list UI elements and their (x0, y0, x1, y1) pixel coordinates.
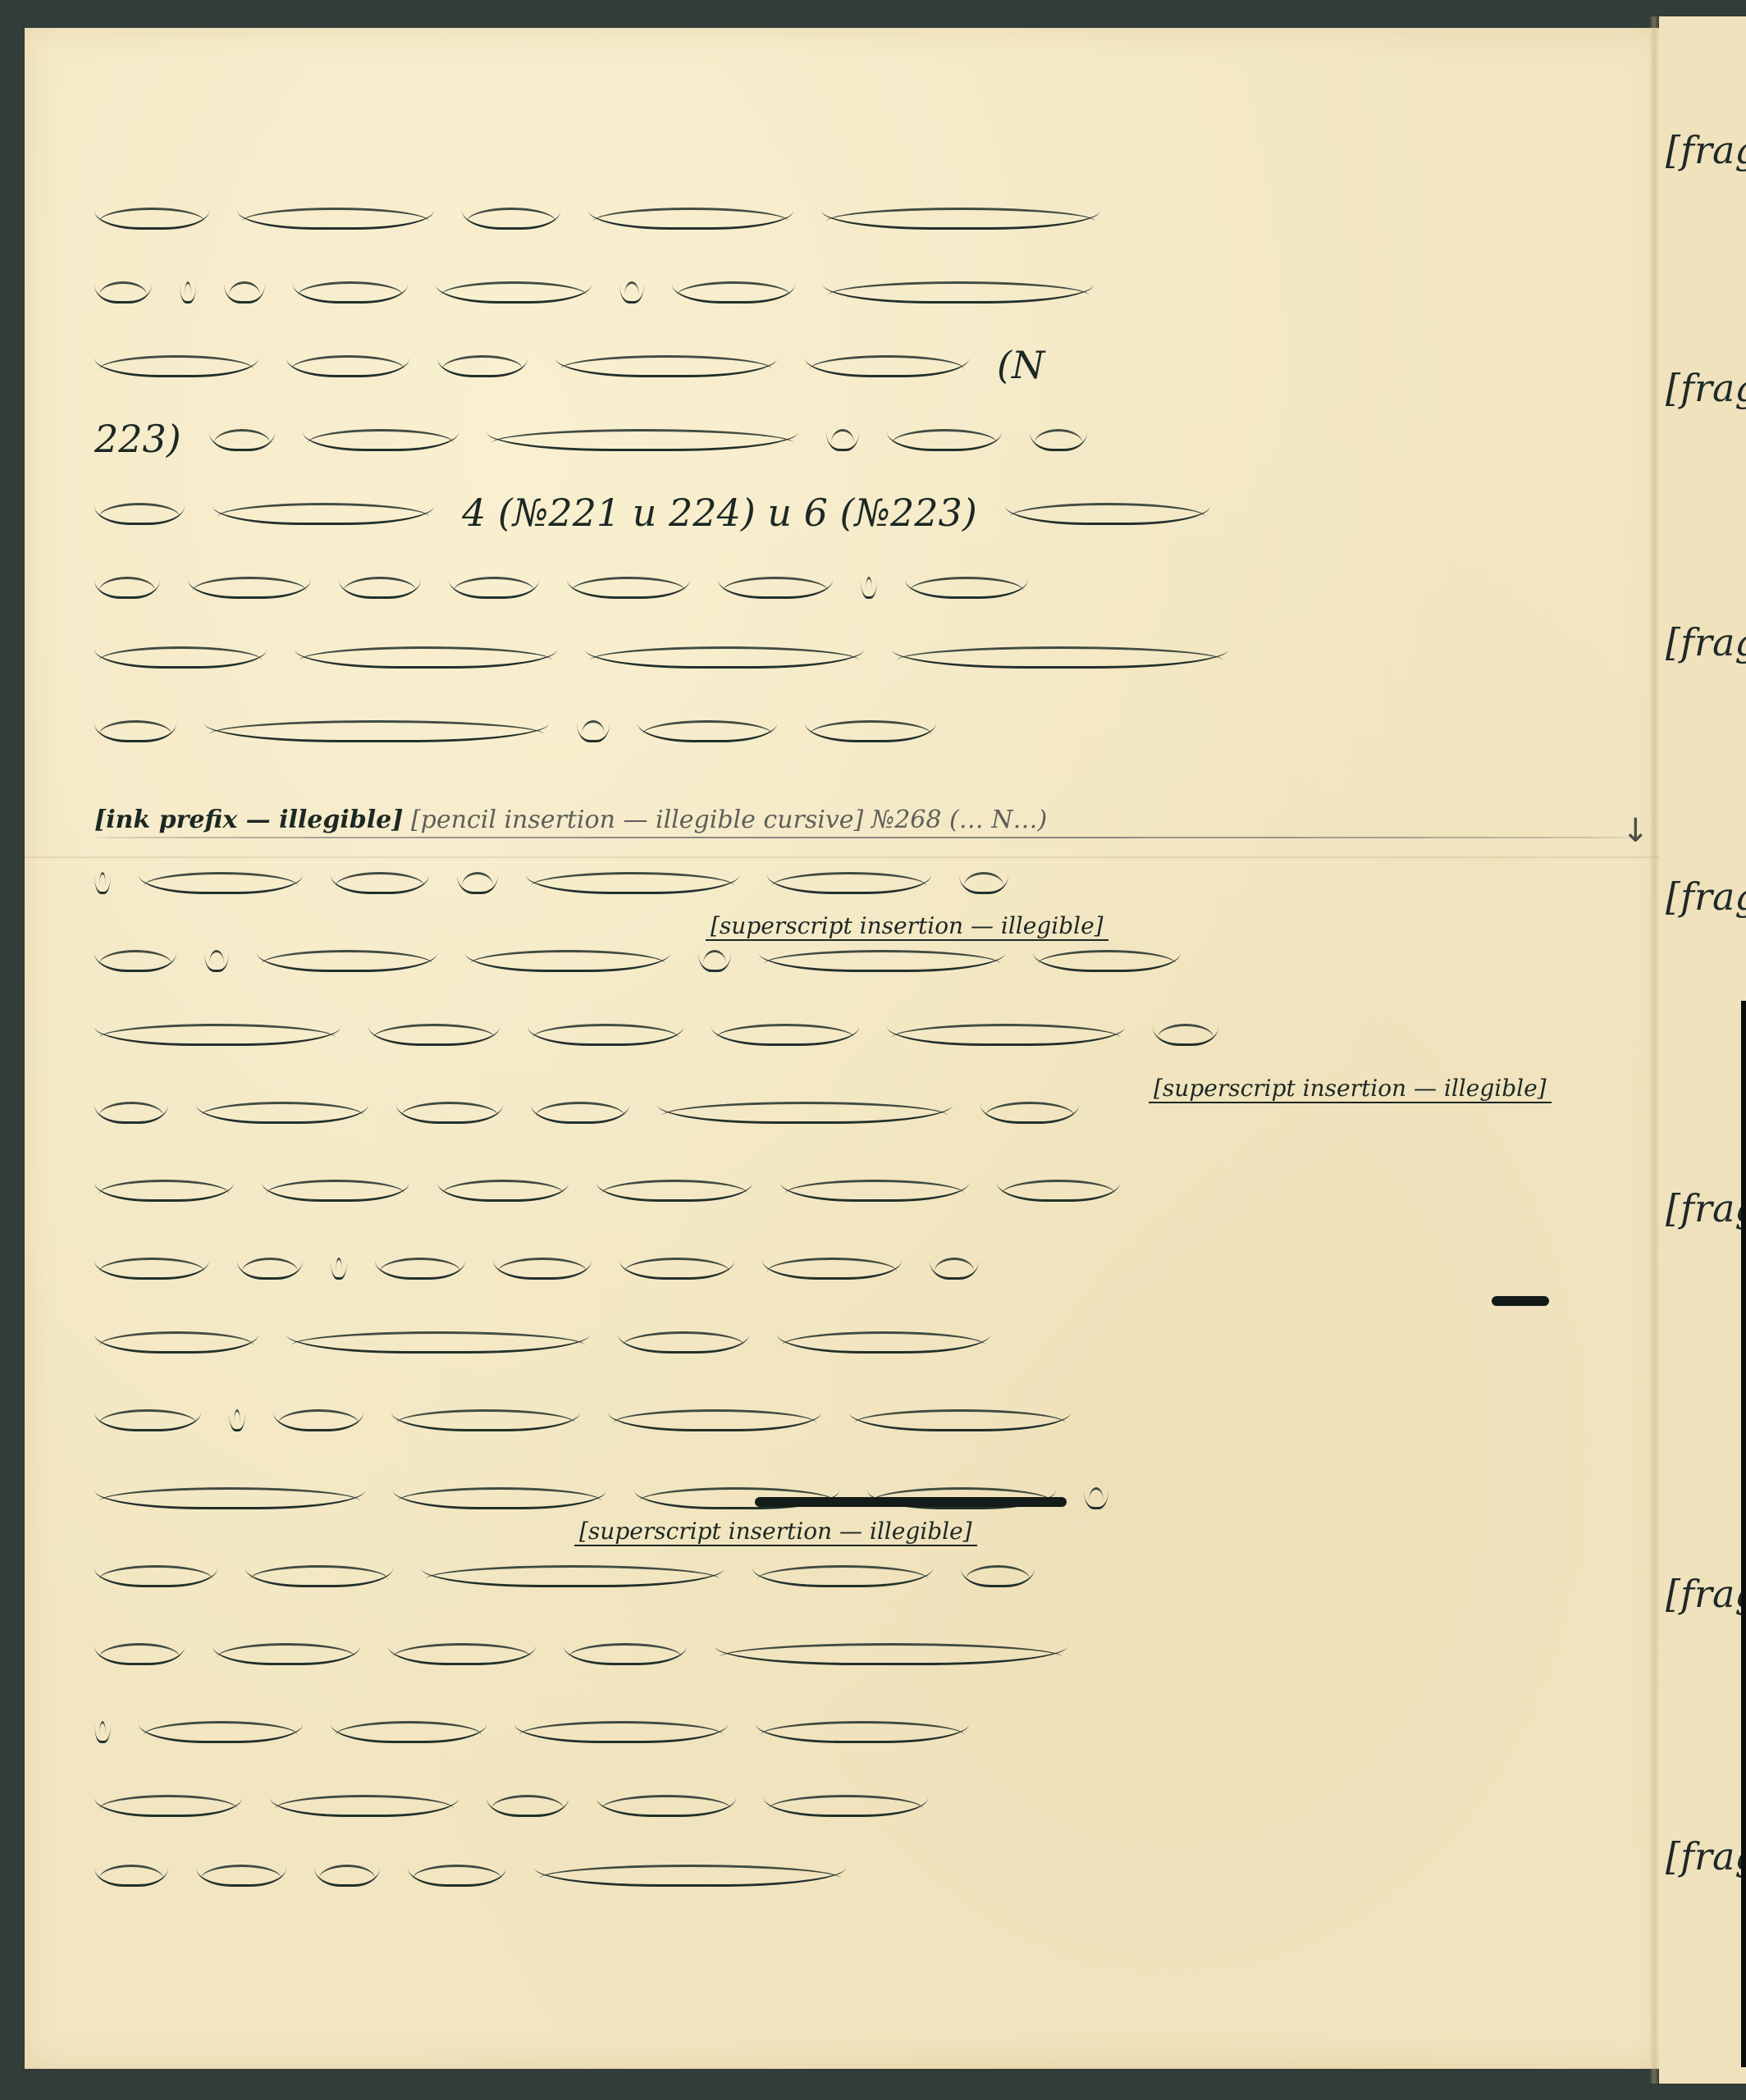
binding-gutter (1649, 16, 1659, 2084)
handwritten-line: [handwritten line 11 — illegible cursive… (94, 1005, 1637, 1062)
facing-page-text: [fragment] (1666, 878, 1746, 915)
handwritten-line: [handwritten line 6 — illegible cursive] (94, 558, 1637, 615)
facing-page-fragment: [fragment] [fragment] [fragment] [fragme… (1659, 16, 1746, 2084)
insertion-arrow-icon: ↓ (1621, 812, 1649, 850)
handwritten-line: [handwritten line 21 — illegible cursive… (94, 1776, 1637, 1833)
line-numerals: (N (997, 346, 1044, 384)
handwritten-line: [handwritten line 13 — illegible cursive… (94, 1161, 1637, 1218)
mount-edge-shadow (1741, 1001, 1746, 2067)
handwritten-line: [handwritten line 19 — illegible cursive… (94, 1624, 1637, 1682)
handwritten-line: [handwritten line 2 — illegible cursive] (94, 262, 1637, 320)
facing-page-text: [fragment] (1666, 1189, 1746, 1227)
line-numerals: 4 (№221 и 224) и 6 (№223) (462, 494, 977, 532)
handwritten-line: [handwritten line 20 — illegible cursive… (94, 1702, 1637, 1760)
handwritten-line: [handwritten line 22 — illegible cursive… (94, 1846, 1637, 1903)
handwritten-line: [handwritten line 18 — illegible cursive… (94, 1546, 1637, 1604)
handwritten-line: [handwritten line 16 — illegible cursive… (94, 1390, 1637, 1448)
facing-page-text: [fragment] (1666, 1575, 1746, 1613)
handwritten-line: [handwritten line 8 — illegible cursive] (94, 701, 1637, 759)
facing-page-text: [fragment] (1666, 131, 1746, 169)
ink-insertion-prefix: [ink prefix — illegible] (94, 806, 403, 834)
superscript-insertion: [superscript insertion — illegible] (1149, 1075, 1552, 1103)
facing-page-text: [fragment] (1666, 369, 1746, 407)
superscript-insertion: [superscript insertion — illegible] (574, 1518, 977, 1546)
superscript-insertion: [superscript insertion — illegible] (706, 912, 1108, 941)
handwritten-line: [handwritten line 1 — illegible cursive] (94, 189, 1637, 246)
facing-page-text: [fragment] (1666, 1837, 1746, 1875)
strikeout-mark (1492, 1296, 1549, 1306)
pencil-guide-line (94, 837, 1633, 838)
handwritten-line: [handwritten line 14 — illegible cursive… (94, 1239, 1637, 1296)
pencil-insertion-text: [pencil insertion — illegible cursive] (411, 806, 863, 834)
line-numerals: 223) (94, 420, 181, 458)
handwritten-line: [handwritten line 5 — contains numbered … (94, 484, 1637, 541)
handwritten-line: [handwritten line 4 — begins '223)'] 223… (94, 410, 1637, 468)
handwritten-line: [handwritten line 3 — illegible cursive,… (94, 336, 1637, 394)
handwritten-line: [handwritten line 15 — illegible cursive… (94, 1312, 1637, 1370)
facing-page-text: [fragment] (1666, 623, 1746, 661)
handwritten-line: [handwritten line 7 — illegible cursive] (94, 628, 1637, 685)
strikeout-mark (755, 1497, 1067, 1507)
handwritten-line: [handwritten line 9 — illegible cursive] (94, 853, 1637, 911)
pencil-insertion-references: №268 (… N…) (871, 806, 1047, 834)
pencil-interlinear-insertion: [ink prefix — illegible] [pencil inserti… (94, 806, 1649, 855)
